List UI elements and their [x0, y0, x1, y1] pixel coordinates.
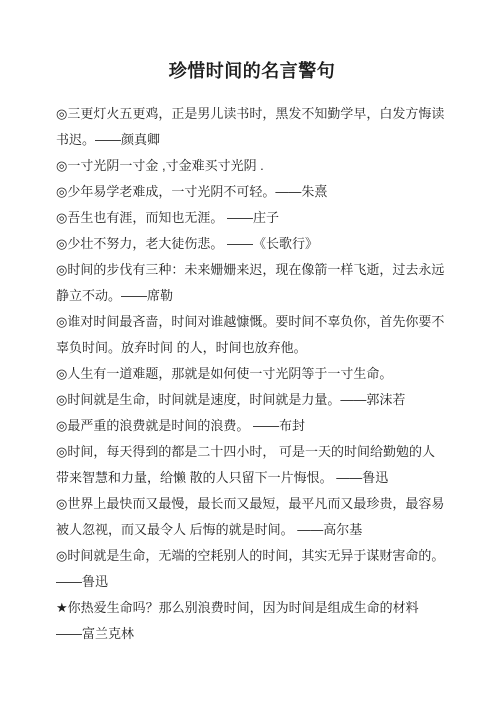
- quote-line: ◎少壮不努力，老大徒伤悲。 ——《长歌行》: [56, 231, 447, 257]
- page-title: 珍惜时间的名言警句: [56, 57, 448, 85]
- quote-line: ◎时间就是生命，无端的空耗别人的时间，其实无异于谋财害命的。——鲁迅: [56, 543, 447, 595]
- quote-line: ◎三更灯火五更鸡，正是男儿读书时，黑发不知勤学早，白发方悔读书迟。——颜真卿: [56, 101, 447, 153]
- quote-line: ◎谁对时间最吝啬，时间对谁越慷慨。要时间不辜负你，首先你要不辜负时间。放弃时间 …: [56, 309, 447, 361]
- quote-line: ——富兰克林: [56, 621, 447, 647]
- quote-line: ◎世界上最快而又最慢，最长而又最短，最平凡而又最珍贵，最容易被人忽视，而又最令人…: [56, 491, 447, 543]
- quote-line: ◎少年易学老难成，一寸光阴不可轻。——朱熹: [56, 179, 447, 205]
- quote-line: ◎时间就是生命，时间就是速度，时间就是力量。——郭沫若: [56, 387, 447, 413]
- quote-line: ◎最严重的浪费就是时间的浪费。 ——布封: [56, 413, 447, 439]
- quote-line: ◎时间，每天得到的都是二十四小时， 可是一天的时间给勤勉的人带来智慧和力量，给懒…: [56, 439, 447, 491]
- quote-line: ◎吾生也有涯，而知也无涯。 ——庄子: [56, 205, 447, 231]
- quote-line: ◎一寸光阴一寸金 ,寸金难买寸光阴 .: [56, 153, 447, 179]
- quote-list: ◎三更灯火五更鸡，正是男儿读书时，黑发不知勤学早，白发方悔读书迟。——颜真卿◎一…: [56, 101, 447, 647]
- quote-line: ★你热爱生命吗？那么别浪费时间，因为时间是组成生命的材料: [56, 595, 447, 621]
- document-page: 珍惜时间的名言警句 ◎三更灯火五更鸡，正是男儿读书时，黑发不知勤学早，白发方悔读…: [0, 0, 500, 708]
- quote-line: ◎人生有一道难题，那就是如何使一寸光阴等于一寸生命。: [56, 361, 447, 387]
- quote-line: ◎时间的步伐有三种：未来姗姗来迟，现在像箭一样飞逝，过去永远静立不动。——席勒: [56, 257, 447, 309]
